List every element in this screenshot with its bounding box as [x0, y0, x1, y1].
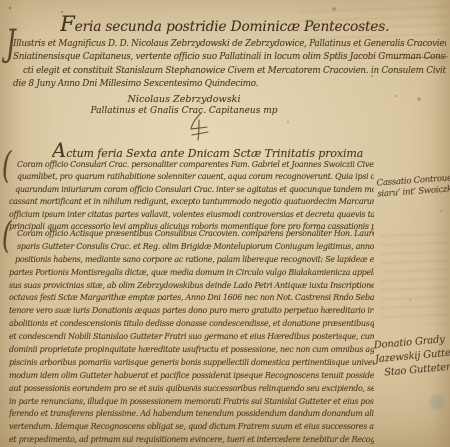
manuscript-line: piscinis arboribus pomariis variisque ge… [9, 357, 374, 370]
manuscript-line: octavas festi Sctæ Margarithæ emptæ part… [9, 292, 374, 305]
manuscript-line: partes Portionis Montisregalis dictæ, qu… [9, 267, 374, 280]
manuscript-line: positionis habens, mediante sano corpore… [9, 254, 374, 267]
signature-paraph-flourish [187, 112, 211, 142]
margin-note-donatio: Donatio Grady Jazewskij Gutteter Stao Gu… [373, 333, 450, 381]
manuscript-line: cti elegit et constituit Stanislaum Step… [13, 65, 446, 78]
manuscript-line: Coram officio Actisque præsentibus Consu… [9, 228, 374, 241]
manuscript-line: et condescendi Nobili Stanislao Gutteter… [9, 331, 374, 344]
manuscript-line: quamlibet, pro quarum ratihabitione sole… [9, 171, 374, 183]
manuscript-line: sus suas provicinias sitæ, ab olim Zebrz… [9, 280, 374, 293]
manuscript-line: et præpedimento, ad primam sui requisiti… [9, 434, 374, 447]
manuscript-line: abolitionis et condescensionis titulo de… [9, 318, 374, 331]
manuscript-line: modum idem olim Gutteter habuerat et pac… [9, 370, 374, 383]
manuscript-line: quarundam iniuriarum coram officio Consu… [9, 184, 374, 196]
manuscript-line: ferendo et transferens plenissime. Ad ha… [9, 408, 374, 421]
manuscript-line: aut possessionis eorundem pro se et suis… [9, 383, 374, 396]
manuscript-line: Coram officio Consulari Crac. personalit… [9, 159, 374, 171]
entry-donatio: Coram officio Actisque præsentibus Consu… [9, 228, 374, 447]
margin-note-cassatio: Cassatio Controuer- siaru’ int’ Swoiczki… [376, 173, 450, 200]
signature-title: Pallatinus et Gnalis Crac. Capitaneus mp [66, 106, 302, 118]
signature-name: Nicolaus Zebrzydowski [66, 94, 302, 106]
manuscript-line: vertendum. Idemque Recognoscens obligat … [9, 421, 374, 434]
page-title: Feria secunda postridie Dominicæ Penteco… [60, 12, 389, 37]
manuscript-page: Feria secunda postridie Dominicæ Penteco… [0, 0, 450, 447]
signature-block: Nicolaus Zebrzydowski Pallatinus et Gnal… [66, 94, 302, 117]
header-paragraph: Illustris et Magnificus D. D. Nicolaus Z… [13, 38, 446, 92]
entry-cassatio: Coram officio Consulari Crac. personalit… [9, 159, 374, 233]
manuscript-line: Illustris et Magnificus D. D. Nicolaus Z… [13, 38, 446, 51]
manuscript-line: sparis Gutteter Consulis Crac. et Reg. o… [9, 241, 374, 254]
manuscript-line: in parte renuncians, illudque in possess… [9, 396, 374, 409]
manuscript-line: officium ipsum inter citatas partes vall… [9, 209, 374, 221]
verso-bleed-through [380, 228, 448, 324]
manuscript-line: dominii proprietate propinquitate hæredi… [9, 344, 374, 357]
manuscript-line: cassant mortificant et in nihilum redigu… [9, 196, 374, 208]
manuscript-line: die 8 Juny Anno Dni Millesimo Sexcentesi… [13, 78, 446, 91]
manuscript-line: tenore vero suæ iuris Donationis æquas p… [9, 305, 374, 318]
manuscript-line: Sniatinensisque Capitaneus, vertente off… [13, 51, 446, 64]
